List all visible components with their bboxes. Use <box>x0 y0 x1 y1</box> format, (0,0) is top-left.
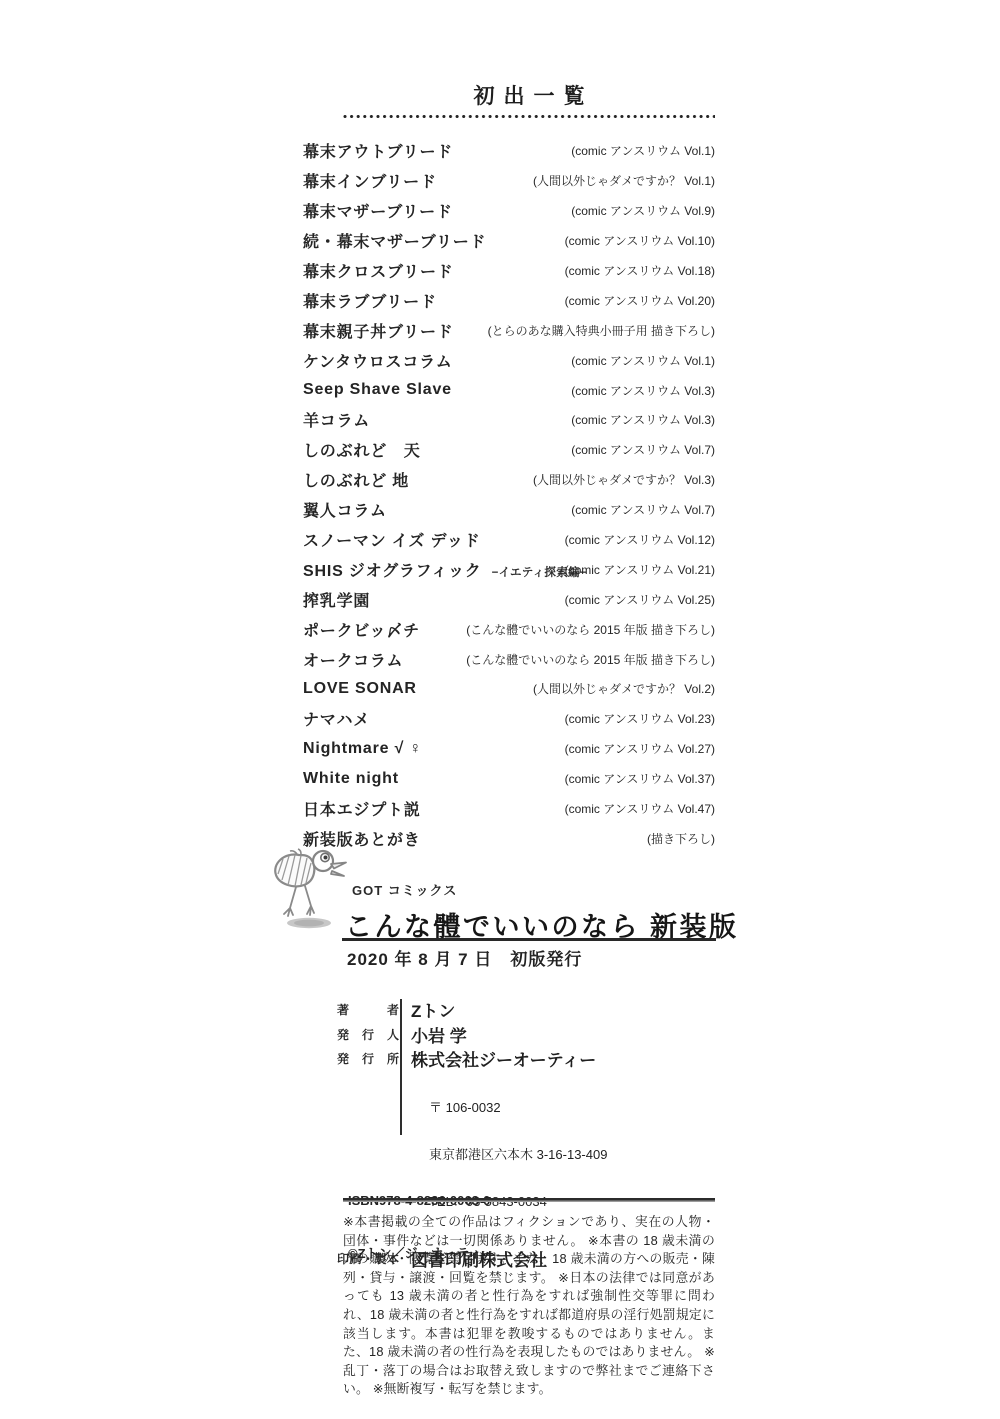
credit-value: 小岩 学 <box>399 1022 467 1047</box>
work-source: (描き下ろし) <box>647 830 715 847</box>
work-title-group: 幕末ラブブリード <box>303 289 437 312</box>
work-source: (人間以外じゃダメですか？ Vol.2) <box>533 680 715 697</box>
work-title: SHIS ジオグラフィック <box>303 558 482 581</box>
work-source: (とらのあな購入特典小冊子用 描き下ろし) <box>488 322 715 339</box>
work-list-item: 新装版あとがき (描き下ろし) <box>303 823 715 853</box>
work-title-group: 続・幕末マザーブリード <box>303 229 486 252</box>
work-source: (人間以外じゃダメですか？ Vol.1) <box>533 172 715 189</box>
work-source: (comic アンスリウム Vol.20) <box>565 292 715 309</box>
work-title-group: しのぶれど 天 <box>303 438 421 461</box>
work-title-group: ポークビッ〆チ <box>303 618 420 641</box>
works-list: 幕末アウトブリード (comic アンスリウム Vol.1) 幕末インブリード … <box>303 136 715 853</box>
work-source: (人間以外じゃダメですか？ Vol.3) <box>533 471 715 488</box>
work-title: LOVE SONAR <box>303 680 417 698</box>
work-list-item: 羊コラム (comic アンスリウム Vol.3) <box>303 405 715 435</box>
work-list-item: オークコラム (こんな體でいいのなら 2015 年版 描き下ろし) <box>303 644 715 674</box>
work-title-group: オークコラム <box>303 648 403 671</box>
work-title-group: 幕末親子丼ブリード <box>303 319 454 342</box>
work-list-item: ナマハメ (comic アンスリウム Vol.23) <box>303 704 715 734</box>
work-list-item: SHIS ジオグラフィック −イエティ探索編− (comic アンスリウム Vo… <box>303 554 715 584</box>
work-title-group: ナマハメ <box>303 707 370 730</box>
dotted-divider <box>343 114 715 119</box>
work-source: (comic アンスリウム Vol.12) <box>565 531 715 548</box>
work-source: (comic アンスリウム Vol.21) <box>565 561 715 578</box>
work-title: White night <box>303 770 399 788</box>
credit-value: Zトン <box>399 997 455 1022</box>
work-title-group: Nightmare √ ♀ <box>303 740 422 758</box>
work-title: オークコラム <box>303 648 403 671</box>
work-list-item: ポークビッ〆チ (こんな體でいいのなら 2015 年版 描き下ろし) <box>303 614 715 644</box>
work-list-item: 搾乳学園 (comic アンスリウム Vol.25) <box>303 584 715 614</box>
work-title: Nightmare √ ♀ <box>303 740 422 758</box>
title-underline <box>342 938 716 941</box>
work-title: Seep Shave Slave <box>303 381 452 399</box>
credits-divider-line <box>400 999 402 1135</box>
work-source: (こんな體でいいのなら 2015 年版 描き下ろし) <box>466 651 715 668</box>
work-title: 搾乳学園 <box>303 588 370 611</box>
work-source: (comic アンスリウム Vol.27) <box>565 740 715 757</box>
work-list-item: 幕末インブリード (人間以外じゃダメですか？ Vol.1) <box>303 166 715 196</box>
work-title: 幕末ラブブリード <box>303 289 437 312</box>
work-title-group: しのぶれど 地 <box>303 468 409 491</box>
work-title: しのぶれど 天 <box>303 438 421 461</box>
work-source: (comic アンスリウム Vol.10) <box>565 232 715 249</box>
work-title-group: 搾乳学園 <box>303 588 370 611</box>
work-title: 幕末クロスブリード <box>303 259 454 282</box>
credit-value: 株式会社ジーオーティー <box>399 1046 596 1071</box>
work-source: (comic アンスリウム Vol.3) <box>571 382 715 399</box>
work-title: 幕末マザーブリード <box>303 199 453 222</box>
work-list-item: LOVE SONAR (人間以外じゃダメですか？ Vol.2) <box>303 674 715 704</box>
disclaimer-text: ※本書掲載の全ての作品はフィクションであり、実在の人物・団体・事件などは一切関係… <box>343 1213 715 1399</box>
imprint-label: GOT コミックス <box>352 880 457 899</box>
work-list-item: 日本エジプト説 (comic アンスリウム Vol.47) <box>303 794 715 824</box>
work-title: スノーマン イズ デッド <box>303 528 481 551</box>
work-title-group: 羊コラム <box>303 408 370 431</box>
work-title-group: Seep Shave Slave <box>303 381 452 399</box>
work-source: (comic アンスリウム Vol.7) <box>571 501 715 518</box>
work-title-group: SHIS ジオグラフィック −イエティ探索編− <box>303 558 557 581</box>
work-list-item: ケンタウロスコラム (comic アンスリウム Vol.1) <box>303 345 715 375</box>
work-source: (comic アンスリウム Vol.1) <box>571 142 715 159</box>
work-source: (comic アンスリウム Vol.37) <box>565 770 715 787</box>
page-title: 初出一覧 <box>343 80 715 110</box>
work-list-item: 続・幕末マザーブリード (comic アンスリウム Vol.10) <box>303 226 715 256</box>
work-title: 日本エジプト説 <box>303 797 421 820</box>
work-source: (comic アンスリウム Vol.18) <box>565 262 715 279</box>
work-source: (comic アンスリウム Vol.3) <box>571 411 715 428</box>
work-list-item: しのぶれど 地 (人間以外じゃダメですか？ Vol.3) <box>303 465 715 495</box>
work-title-group: 翼人コラム <box>303 498 387 521</box>
work-source: (comic アンスリウム Vol.7) <box>571 441 715 458</box>
work-list-item: しのぶれど 天 (comic アンスリウム Vol.7) <box>303 435 715 465</box>
work-title: ケンタウロスコラム <box>303 349 453 372</box>
work-list-item: Nightmare √ ♀ (comic アンスリウム Vol.27) <box>303 734 715 764</box>
work-source: (こんな體でいいのなら 2015 年版 描き下ろし) <box>466 621 715 638</box>
work-list-item: 幕末マザーブリード (comic アンスリウム Vol.9) <box>303 196 715 226</box>
work-list-item: 幕末アウトブリード (comic アンスリウム Vol.1) <box>303 136 715 166</box>
work-list-item: 幕末親子丼ブリード (とらのあな購入特典小冊子用 描き下ろし) <box>303 315 715 345</box>
work-title: ナマハメ <box>303 707 370 730</box>
work-source: (comic アンスリウム Vol.9) <box>571 202 715 219</box>
work-title-group: 幕末マザーブリード <box>303 199 453 222</box>
disclaimer-top-rule <box>343 1198 715 1202</box>
work-title-group: スノーマン イズ デッド <box>303 528 481 551</box>
page: { "header": { "title": "初出一覧" }, "works"… <box>0 0 1000 1419</box>
work-title-group: 日本エジプト説 <box>303 797 421 820</box>
work-title-group: LOVE SONAR <box>303 680 417 698</box>
work-list-item: White night (comic アンスリウム Vol.37) <box>303 764 715 794</box>
work-source: (comic アンスリウム Vol.1) <box>571 352 715 369</box>
work-list-item: 幕末ラブブリード (comic アンスリウム Vol.20) <box>303 285 715 315</box>
credit-label: 発行人 <box>337 1026 399 1043</box>
work-list-item: 翼人コラム (comic アンスリウム Vol.7) <box>303 495 715 525</box>
credit-row-author: 著者 Zトン <box>337 997 727 1022</box>
work-title: ポークビッ〆チ <box>303 618 420 641</box>
work-source: (comic アンスリウム Vol.47) <box>565 800 715 817</box>
credit-label: 発行所 <box>337 1050 399 1067</box>
work-title-group: 幕末アウトブリード <box>303 139 453 162</box>
work-title: 羊コラム <box>303 408 370 431</box>
work-title: 幕末インブリード <box>303 169 437 192</box>
edition-date: 2020 年 8 月 7 日 初版発行 <box>347 945 582 970</box>
work-title: 幕末アウトブリード <box>303 139 453 162</box>
address-postal: 〒 106-0032 <box>429 1100 727 1116</box>
work-title-group: 幕末インブリード <box>303 169 437 192</box>
work-title: 翼人コラム <box>303 498 387 521</box>
credit-label: 著者 <box>337 1001 399 1018</box>
work-title-group: 幕末クロスブリード <box>303 259 454 282</box>
work-list-item: Seep Shave Slave (comic アンスリウム Vol.3) <box>303 375 715 405</box>
work-list-item: 幕末クロスブリード (comic アンスリウム Vol.18) <box>303 256 715 286</box>
work-title: 幕末親子丼ブリード <box>303 319 454 342</box>
work-title: しのぶれど 地 <box>303 468 409 491</box>
work-source: (comic アンスリウム Vol.25) <box>565 591 715 608</box>
work-list-item: スノーマン イズ デッド (comic アンスリウム Vol.12) <box>303 525 715 555</box>
work-title-group: ケンタウロスコラム <box>303 349 453 372</box>
work-title-group: White night <box>303 770 399 788</box>
work-title: 続・幕末マザーブリード <box>303 229 486 252</box>
credit-row-publisher-company: 発行所 株式会社ジーオーティー <box>337 1047 727 1069</box>
credit-row-publisher-person: 発行人 小岩 学 <box>337 1022 727 1047</box>
work-source: (comic アンスリウム Vol.23) <box>565 710 715 727</box>
